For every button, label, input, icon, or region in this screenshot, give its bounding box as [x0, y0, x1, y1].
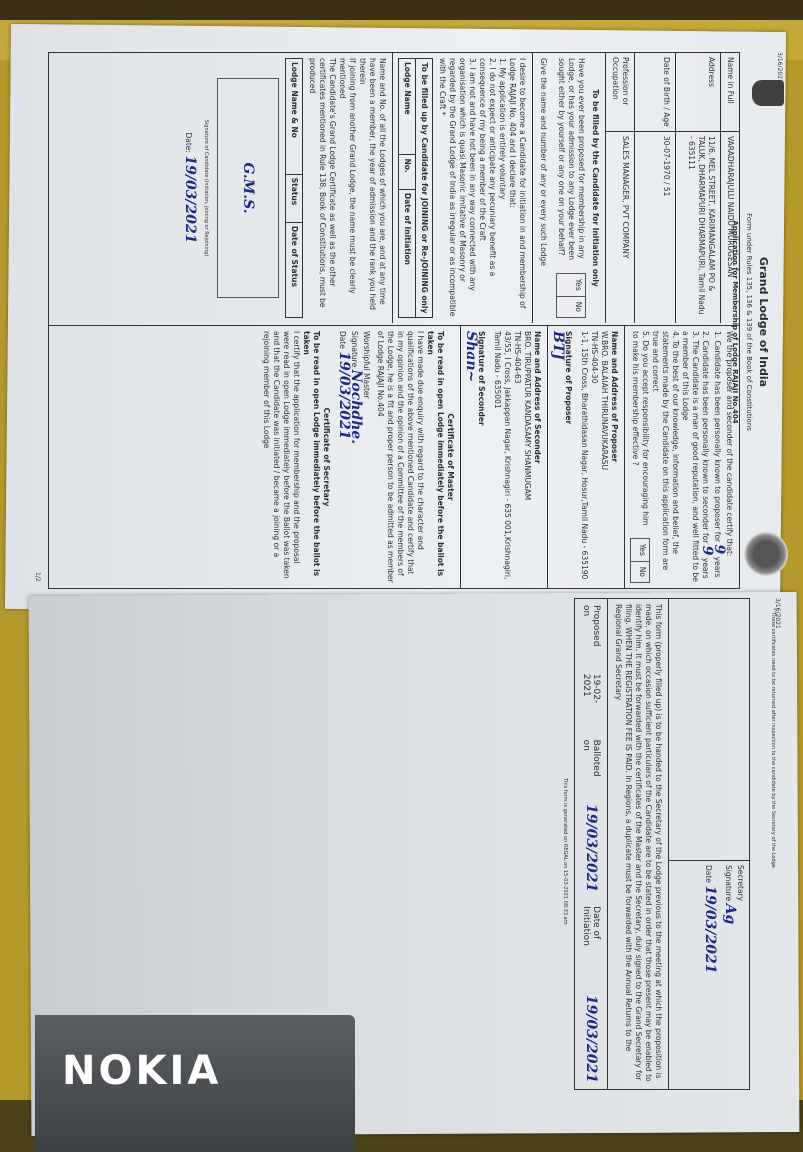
field-address: Address11/6, MEL STREET, KARIMANGALAM PO…: [675, 53, 720, 323]
candidate-date: 19/03/2021: [182, 155, 198, 243]
responsibility-yes-no[interactable]: YesNo: [630, 538, 650, 583]
form-left-column: Name in FullVARADHARAJULU NAIDU MURUGESA…: [178, 53, 739, 323]
balloted-on-date: 19/03/2021: [586, 804, 596, 892]
form-right-column: We the proposer and seconder of the cand…: [49, 325, 739, 588]
nokia-logo: NOKIA: [62, 1048, 221, 1094]
field-dob: Date of Birth / Age30-07-1970 / 51: [634, 53, 675, 323]
previous-proposal-yes-no[interactable]: Yes No: [556, 273, 586, 318]
candidate-signature-box[interactable]: G.M.S.: [217, 78, 279, 298]
ballot-dates-row: Proposed on 19-02-2021 Balloted on 19/03…: [575, 599, 608, 1089]
proposed-on-date: 19-02-2021: [581, 674, 601, 726]
initiation-date: 19/03/2021: [586, 995, 596, 1083]
secretary-signature-cell: Secretary Signature Ag Date 19/03/2021: [669, 860, 749, 1089]
field-name: Name in FullVARADHARAJULU NAIDU MURUGESA…: [720, 53, 739, 323]
form-subtitle-rules: Form under Rules 135, 136 & 139 of the B…: [744, 52, 754, 592]
joining-table: To be filled up by Candidate for JOINING…: [398, 58, 433, 318]
seconder-signature: Shan~: [466, 331, 476, 583]
proposer-details: Name and Address of Proposer W.BRO. BALA…: [547, 326, 624, 588]
proposer-signature: BTJ: [553, 331, 563, 583]
field-occupation: Profession or OccupationSALES MANAGER, P…: [605, 53, 634, 323]
page-number: 1/2: [32, 572, 42, 582]
certificates-footnote: * These certificates need to be returned…: [768, 608, 778, 1098]
form-grid: Name in FullVARADHARAJULU NAIDU MURUGESA…: [48, 52, 740, 589]
proposer-certification: We the proposer and seconder of the cand…: [624, 326, 739, 588]
lodges-history-section: Name and No. of all the Lodges of which …: [178, 53, 392, 323]
page-1-content: 3/16/2021 Grand Lodge of India Form unde…: [30, 52, 790, 592]
filing-instructions: This form (properly filled up) is to be …: [608, 599, 669, 1089]
secretary-date: 19/03/2021: [702, 885, 718, 973]
master-certificate: Certificate of Master To be read in open…: [256, 326, 460, 588]
master-date: 19/03/2021: [336, 351, 352, 439]
status-table: Lodge Name & NoStatusDate of Status: [285, 58, 303, 318]
declaration-section: I desire to become a Candidate for initi…: [392, 53, 532, 323]
secretary-box: Secretary Signature Ag Date 19/03/2021 T…: [574, 598, 750, 1090]
form-title: Grand Lodge of India: [758, 52, 768, 592]
candidate-section: To be filled by the Candidate for Initia…: [532, 53, 605, 323]
seconder-details: Name and Address of Seconder BRO. TIRUPP…: [460, 326, 547, 588]
